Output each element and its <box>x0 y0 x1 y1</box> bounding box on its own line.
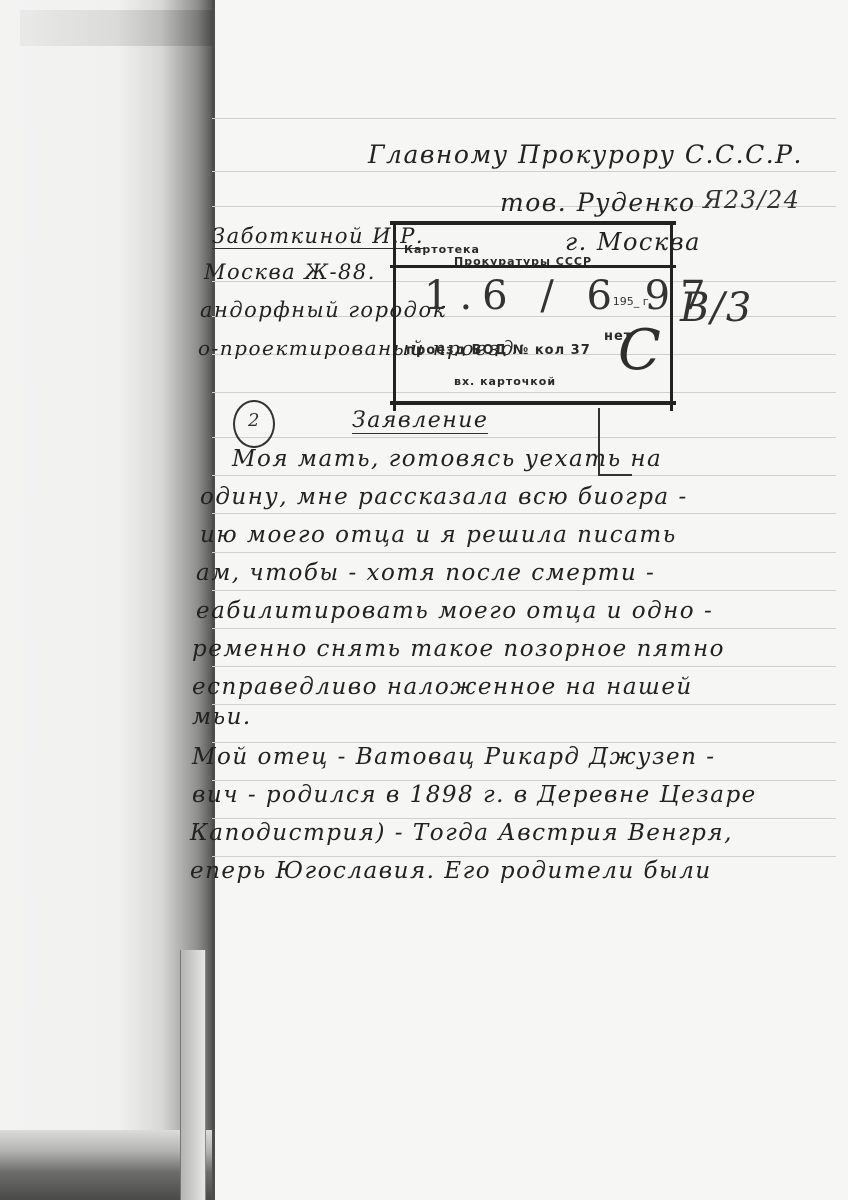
stamp-border <box>390 221 676 225</box>
stamp-date: 1.6 / 6 97 <box>424 273 716 319</box>
body-line-4: ам, чтобы - хотя после смерти - <box>196 560 655 586</box>
handwritten-check-mark: С <box>618 318 662 383</box>
body-line-1: Моя мать, готовясь уехать на <box>232 446 662 472</box>
ruled-line <box>212 780 836 781</box>
body-line-8: мьи. <box>192 704 252 730</box>
addressee-line-1: Главному Прокурору С.С.С.Р. <box>368 140 803 169</box>
sender-address-1: Москва Ж-88. <box>204 260 376 284</box>
body-line-2: одину, мне рассказала всю биогра - <box>200 484 688 510</box>
ruled-line <box>212 704 836 705</box>
body-line-10: вич - родился в 1898 г. в Деревне Цезаре <box>192 782 757 808</box>
stamp-year: 195_ г. <box>613 295 652 308</box>
ruled-line <box>212 513 836 514</box>
body-line-5: еабилитировать моего отца и одно - <box>196 598 713 624</box>
stamp-line-4: вх. карточкой <box>454 375 556 388</box>
ruled-line <box>212 437 836 438</box>
ruled-line <box>212 552 836 553</box>
body-line-9: Мой отец - Ватовац Рикард Джузеп - <box>192 744 716 770</box>
ruled-line <box>212 856 836 857</box>
stamp-side-line <box>598 474 632 476</box>
stamp-line-2: Прокуратуры СССР <box>454 255 592 268</box>
reference-number: Я23/24 <box>703 186 801 214</box>
body-line-12: еперь Югославия. Его родители были <box>190 858 712 884</box>
paper-fold <box>180 950 206 1200</box>
body-line-11: Каподистрия) - Тогда Австрия Венгря, <box>190 820 733 846</box>
scan-shadow-top <box>20 10 215 46</box>
ruled-line <box>212 742 836 743</box>
ruled-line <box>212 118 836 119</box>
body-line-7: есправедливо наложенное на нашей <box>192 674 693 700</box>
letter-title: Заявление <box>352 408 488 434</box>
ruled-line <box>212 666 836 667</box>
circle-annotation-number: 2 <box>248 410 259 431</box>
ruled-line <box>212 628 836 629</box>
ruled-line <box>212 818 836 819</box>
stamp-line-3: проезд ВОД № кол 37 <box>406 343 591 358</box>
ruled-line <box>212 590 836 591</box>
stamp-border <box>390 401 676 405</box>
body-line-3: ию моего отца и я решила писать <box>200 522 677 548</box>
ruled-line <box>212 171 836 172</box>
body-line-6: ременно снять такое позорное пятно <box>192 636 725 662</box>
addressee-line-2: тов. Руденко <box>500 188 696 217</box>
ruled-line <box>212 475 836 476</box>
